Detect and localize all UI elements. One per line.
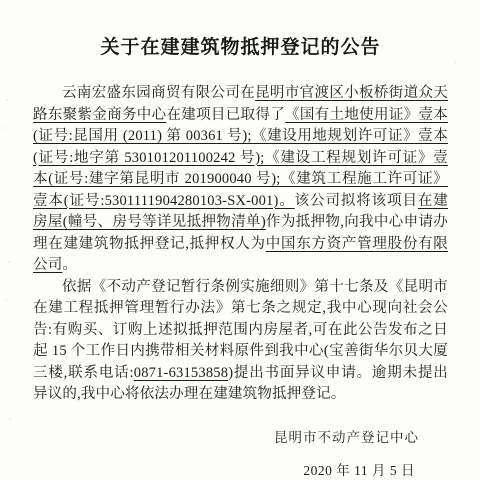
plain-text: 。 <box>62 257 77 273</box>
plain-text: 在建项目已取得了 <box>166 107 285 123</box>
announcement-title: 关于在建建筑物抵押登记的公告 <box>33 32 448 59</box>
body-paragraph: 依据《不动产登记暂行条例实施细则》第十七条及《昆明市在建工程抵押管理暂行办法》第… <box>33 277 448 406</box>
announcement-document-page: 关于在建建筑物抵押登记的公告 云南宏盛东园商贸有限公司在昆明市官渡区小板桥街道众… <box>0 0 480 480</box>
signature-block: 昆明市不动产登记中心 2020 年 11 月 5 日 <box>33 426 448 479</box>
issue-date: 2020 年 11 月 5 日 <box>33 459 448 479</box>
issuer-name: 昆明市不动产登记中心 <box>33 426 448 446</box>
announcement-body: 云南宏盛东园商贸有限公司在昆明市官渡区小板桥街道众天路东聚紫金商务中心在建项目已… <box>33 83 448 406</box>
underlined-text: 0871-63153858 <box>134 365 228 381</box>
plain-text: 云南宏盛东园商贸有限公司在 <box>62 85 255 101</box>
plain-text: 该公司拟将该项目 <box>295 193 418 209</box>
body-paragraph: 云南宏盛东园商贸有限公司在昆明市官渡区小板桥街道众天路东聚紫金商务中心在建项目已… <box>33 83 448 277</box>
